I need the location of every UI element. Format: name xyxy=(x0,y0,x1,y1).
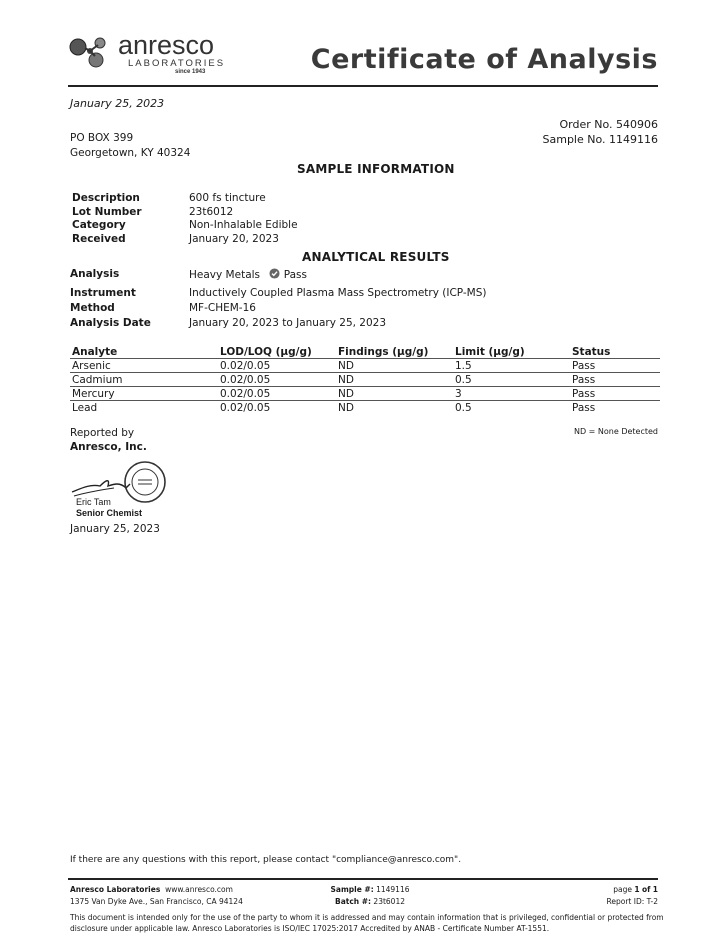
sample-value: 1149116 xyxy=(376,885,409,894)
analyte-cell: Cadmium xyxy=(70,373,218,387)
results-table: Analyte LOD/LOQ (µg/g) Findings (µg/g) L… xyxy=(70,344,660,414)
table-header-row: Analyte LOD/LOQ (µg/g) Findings (µg/g) L… xyxy=(70,344,660,359)
page-prefix: page xyxy=(613,885,632,894)
signature-date: January 25, 2023 xyxy=(70,523,160,535)
sample-label: Sample #: xyxy=(331,885,374,894)
sample-information-heading: SAMPLE INFORMATION xyxy=(297,162,455,176)
footer-sample-batch: Sample #: 1149116 Batch #: 23t6012 xyxy=(330,884,410,908)
field-label: Lot Number xyxy=(72,206,142,220)
findings-cell: ND xyxy=(336,387,453,401)
document-title: Certificate of Analysis xyxy=(311,44,658,75)
field-value: Non-Inhalable Edible xyxy=(189,219,298,233)
field-value: January 20, 2023 xyxy=(189,233,279,247)
analytical-results-heading: ANALYTICAL RESULTS xyxy=(302,250,450,264)
field-label: Method xyxy=(70,302,115,316)
limit-cell: 1.5 xyxy=(453,359,570,373)
table-row: Lead 0.02/0.05 ND 0.5 Pass xyxy=(70,401,660,415)
signer-name: Eric Tam xyxy=(76,497,142,508)
batch-label: Batch #: xyxy=(335,897,371,906)
table-row: Cadmium 0.02/0.05 ND 0.5 Pass xyxy=(70,373,660,387)
analyte-cell: Arsenic xyxy=(70,359,218,373)
molecule-logo-icon xyxy=(68,36,123,84)
field-value: MF-CHEM-16 xyxy=(189,302,256,316)
field-value: January 20, 2023 to January 25, 2023 xyxy=(189,317,386,331)
status-cell: Pass xyxy=(570,359,660,373)
footer-address: 1375 Van Dyke Ave., San Francisco, CA 94… xyxy=(70,896,243,908)
field-value: 23t6012 xyxy=(189,206,233,220)
signer: Eric Tam Senior Chemist xyxy=(76,497,142,519)
report-id: Report ID: T-2 xyxy=(606,896,658,908)
sample-number: Sample No. 1149116 xyxy=(543,132,659,147)
disclaimer: This document is intended only for the u… xyxy=(70,912,670,934)
column-header: Status xyxy=(570,344,660,359)
header-divider xyxy=(68,85,658,87)
column-header: Limit (µg/g) xyxy=(453,344,570,359)
column-header: LOD/LOQ (µg/g) xyxy=(218,344,336,359)
field-value: 600 fs tincture xyxy=(189,192,266,206)
reported-by-label: Reported by xyxy=(70,426,147,440)
lod-loq-cell: 0.02/0.05 xyxy=(218,387,336,401)
logo-since: since 1943 xyxy=(175,69,205,75)
column-header: Findings (µg/g) xyxy=(336,344,453,359)
field-label: Analysis Date xyxy=(70,317,151,331)
order-number: Order No. 540906 xyxy=(543,117,659,132)
field-label: Instrument xyxy=(70,287,136,301)
status-cell: Pass xyxy=(570,387,660,401)
page-current: 1 xyxy=(634,885,639,894)
report-date: January 25, 2023 xyxy=(70,97,164,110)
field-label: Received xyxy=(72,233,126,247)
limit-cell: 3 xyxy=(453,387,570,401)
field-label: Description xyxy=(72,192,140,206)
client-address: PO BOX 399 Georgetown, KY 40324 xyxy=(70,131,190,161)
page-total: 1 xyxy=(653,885,658,894)
limit-cell: 0.5 xyxy=(453,401,570,415)
lod-loq-cell: 0.02/0.05 xyxy=(218,359,336,373)
field-label: Category xyxy=(72,219,126,233)
page-indicator: page 1 of 1 xyxy=(606,884,658,896)
field-label: Analysis xyxy=(70,268,119,282)
analysis-status: Pass xyxy=(284,269,307,281)
footer-website-link[interactable]: www.anresco.com xyxy=(165,885,233,894)
address-line-1: PO BOX 399 xyxy=(70,131,190,146)
analysis-type: Heavy Metals xyxy=(189,269,260,281)
analyte-cell: Mercury xyxy=(70,387,218,401)
order-info: Order No. 540906 Sample No. 1149116 xyxy=(543,117,659,147)
footer-company-name: Anresco Laboratories xyxy=(70,885,160,894)
lod-loq-cell: 0.02/0.05 xyxy=(218,373,336,387)
findings-cell: ND xyxy=(336,401,453,415)
analysis-value: Heavy Metals Pass xyxy=(189,268,307,283)
findings-cell: ND xyxy=(336,359,453,373)
limit-cell: 0.5 xyxy=(453,373,570,387)
sample-information: Description 600 fs tincture Lot Number 2… xyxy=(72,192,472,248)
page-of: of xyxy=(642,885,650,894)
contact-note: If there are any questions with this rep… xyxy=(70,855,461,865)
address-line-2: Georgetown, KY 40324 xyxy=(70,146,190,161)
reporting-company: Anresco, Inc. xyxy=(70,440,147,454)
footer-divider xyxy=(68,878,658,880)
table-row: Mercury 0.02/0.05 ND 3 Pass xyxy=(70,387,660,401)
column-header: Analyte xyxy=(70,344,218,359)
logo-subtitle: LABORATORIES xyxy=(128,58,225,69)
analytical-details: Analysis Heavy Metals Pass Instrument In… xyxy=(70,268,570,330)
findings-cell: ND xyxy=(336,373,453,387)
batch-value: 23t6012 xyxy=(373,897,405,906)
logo-wordmark: anresco xyxy=(118,30,214,61)
table-row: Arsenic 0.02/0.05 ND 1.5 Pass xyxy=(70,359,660,373)
check-badge-icon xyxy=(269,268,280,279)
reported-by: Reported by Anresco, Inc. xyxy=(70,426,147,454)
footer-company: Anresco Laboratories www.anresco.com 137… xyxy=(70,884,243,908)
signer-title: Senior Chemist xyxy=(76,508,142,519)
analyte-cell: Lead xyxy=(70,401,218,415)
footer-page-info: page 1 of 1 Report ID: T-2 xyxy=(606,884,658,908)
field-value: Inductively Coupled Plasma Mass Spectrom… xyxy=(189,287,487,301)
status-cell: Pass xyxy=(570,401,660,415)
nd-legend: ND = None Detected xyxy=(574,427,658,436)
status-cell: Pass xyxy=(570,373,660,387)
anresco-logo: anresco LABORATORIES since 1943 xyxy=(68,36,218,84)
lod-loq-cell: 0.02/0.05 xyxy=(218,401,336,415)
